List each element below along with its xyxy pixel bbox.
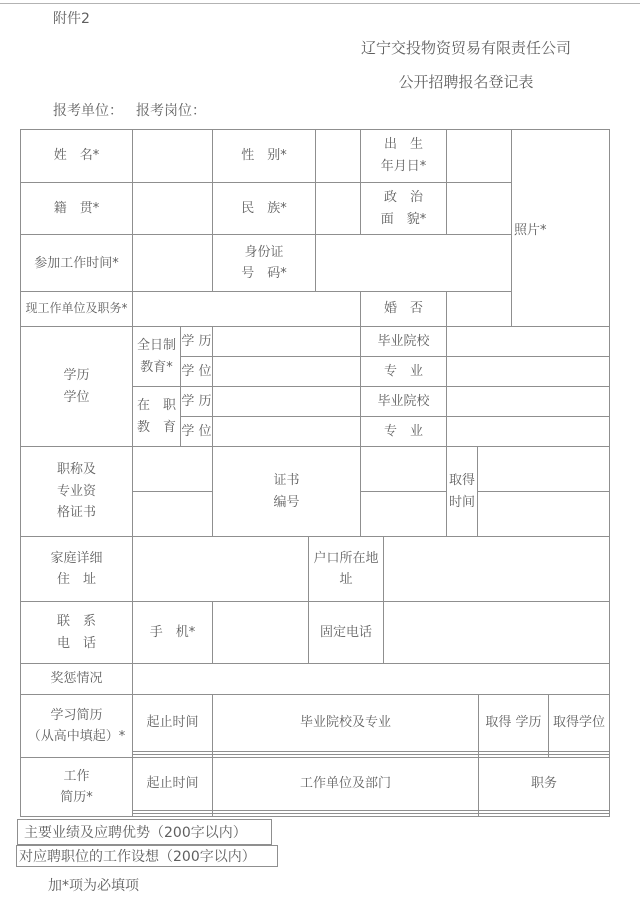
company-name: 辽宁交投物资贸易有限责任公司 [292,40,640,57]
birthdate-label: 出 生 年月日* [361,130,447,182]
landline-label: 固定电话 [309,602,384,663]
certificate-label: 职称及 专业资 格证书 [21,447,133,536]
major-value-cell [447,417,609,446]
marital-label: 婚 否 [361,292,447,326]
basic-info-left: 姓 名* 性 别* 出 生 年月日* 籍 贯* 民 族* 政 治 面 貌* 参加… [21,130,511,326]
name-label: 姓 名* [21,130,133,182]
collapsed-cell [133,752,213,754]
study-resume-header-row: 起止时间 毕业院校及专业 取得 学历 取得学位 [133,695,609,752]
table-row: 学 历 毕业院校 [181,387,609,417]
attachment-label: 附件2 [53,11,640,27]
school-major-label: 毕业院校及专业 [213,695,479,751]
id-number-value-cell [316,235,511,291]
collapsed-cell [133,814,213,816]
work-plan-box: 对应聘职位的工作设想（200字以内） [16,845,278,867]
document-header: 辽宁交投物资贸易有限责任公司 公开招聘报名登记表 [292,40,640,91]
study-resume-grid: 起止时间 毕业院校及专业 取得 学历 取得学位 [133,695,609,757]
major-label: 专 业 [361,417,447,446]
grad-school-label: 毕业院校 [361,387,447,416]
political-status-label: 政 治 面 貌* [361,183,447,235]
contact-section: 联 系 电 话 手 机* 固定电话 [21,602,609,664]
native-place-value-cell [133,183,213,235]
grad-school-label: 毕业院校 [361,327,447,356]
rewards-value-cell [133,664,609,694]
certificate-name-column [133,447,213,536]
study-resume-label: 学习简历 （从高中填起）* [21,695,133,757]
education-label: 学历 学位 [21,327,133,446]
collapsed-cell [213,752,479,754]
diploma-value-cell [213,417,361,446]
basic-info-section: 姓 名* 性 别* 出 生 年月日* 籍 贯* 民 族* 政 治 面 貌* 参加… [21,130,609,327]
diploma-label: 学 位 [181,357,213,386]
obtain-time-value-cell [478,447,609,492]
fulltime-subgrid: 学 历 毕业院校 学 位 专 业 [181,327,609,386]
collapsed-cell [479,752,549,754]
work-start-label: 参加工作时间* [21,235,133,291]
gender-value-cell [316,130,361,182]
work-resume-label: 工作 简历* [21,758,133,816]
obtain-time-value-cell [478,492,609,536]
table-row: 学 位 专 业 [181,417,609,446]
mobile-label: 手 机* [133,602,213,663]
diploma-label: 学 位 [181,417,213,446]
rewards-label: 奖惩情况 [21,664,133,694]
certificate-number-value-cell [361,492,446,536]
onjob-subgrid: 学 历 毕业院校 学 位 专 业 [181,387,609,446]
achievements-label: 主要业绩及应聘优势（200字以内） [24,822,247,842]
apply-unit-label: 报考单位： [53,103,123,119]
table-row: 参加工作时间* 身份证 号 码* [21,235,511,292]
home-address-label: 家庭详细 住 址 [21,537,133,601]
fulltime-education-rows: 全日制 教育* 学 历 毕业院校 学 位 专 业 [133,327,609,387]
political-status-value-cell [447,183,511,235]
certificate-number-value-cell [361,447,446,492]
form-title: 公开招聘报名登记表 [292,74,640,91]
duty-label: 职务 [479,758,609,810]
obtained-diploma-label: 取得学位 [549,695,609,751]
certificate-number-column [361,447,447,536]
obtain-time-column [478,447,609,536]
collapsed-cell [213,814,479,816]
gender-label: 性 别* [213,130,316,182]
id-number-label: 身份证 号 码* [213,235,316,291]
ethnicity-value-cell [316,183,361,235]
apply-post-label: 报考岗位： [136,103,206,119]
birthdate-value-cell [447,130,511,182]
degree-value-cell [213,387,361,416]
degree-label: 学 历 [181,387,213,416]
landline-value-cell [384,602,609,663]
work-start-value-cell [133,235,213,291]
work-resume-section: 工作 简历* 起止时间 工作单位及部门 职务 [21,758,609,816]
diploma-value-cell [213,357,361,386]
certificate-number-label: 证书 编号 [213,447,361,536]
collapsed-row [133,814,609,816]
table-row: 籍 贯* 民 族* 政 治 面 貌* [21,183,511,236]
study-resume-section: 学习简历 （从高中填起）* 起止时间 毕业院校及专业 取得 学历 取得学位 [21,695,609,758]
marital-value-cell [447,292,511,326]
obtained-degree-label: 取得 学历 [479,695,549,751]
collapsed-cell [213,811,479,813]
rewards-section: 奖惩情况 [21,664,609,695]
work-resume-header-row: 起止时间 工作单位及部门 职务 [133,758,609,811]
table-row: 现工作单位及职务* 婚 否 [21,292,511,326]
table-row: 姓 名* 性 别* 出 生 年月日* [21,130,511,183]
work-resume-grid: 起止时间 工作单位及部门 职务 [133,758,609,816]
grad-school-value-cell [447,387,609,416]
native-place-label: 籍 贯* [21,183,133,235]
collapsed-row [133,755,609,757]
collapsed-cell [133,811,213,813]
work-plan-label: 对应聘职位的工作设想（200字以内） [19,846,256,866]
grad-school-value-cell [447,327,609,356]
collapsed-cell [549,752,609,754]
major-value-cell [447,357,609,386]
certificate-name-value-cell [133,447,212,492]
period-label: 起止时间 [133,758,213,810]
collapsed-cell [479,811,609,813]
table-row: 学 历 毕业院校 [181,327,609,357]
degree-label: 学 历 [181,327,213,356]
top-divider [0,3,640,4]
degree-value-cell [213,327,361,356]
education-section: 学历 学位 全日制 教育* 学 历 毕业院校 学 位 专 业 [21,327,609,447]
collapsed-cell [479,755,549,757]
certificate-name-value-cell [133,492,212,536]
period-label: 起止时间 [133,695,213,751]
major-label: 专 业 [361,357,447,386]
mobile-value-cell [213,602,309,663]
hukou-address-label: 户口所在地 址 [309,537,384,601]
collapsed-cell [213,755,479,757]
registration-table: 姓 名* 性 别* 出 生 年月日* 籍 贯* 民 族* 政 治 面 貌* 参加… [20,129,610,817]
achievements-box: 主要业绩及应聘优势（200字以内） [17,819,272,845]
table-row: 学 位 专 业 [181,357,609,386]
ethnicity-label: 民 族* [213,183,316,235]
required-fields-note: 加*项为必填项 [48,875,640,895]
contact-label: 联 系 电 话 [21,602,133,663]
work-unit-dept-label: 工作单位及部门 [213,758,479,810]
name-value-cell [133,130,213,182]
employer-value-cell [133,292,361,326]
photo-cell: 照片* [511,130,609,326]
collapsed-cell [479,814,609,816]
apply-line: 报考单位：报考岗位： [53,103,640,119]
hukou-address-value-cell [384,537,609,601]
onjob-education-rows: 在 职 教 育 学 历 毕业院校 学 位 专 业 [133,387,609,446]
home-address-section: 家庭详细 住 址 户口所在地 址 [21,537,609,602]
home-address-value-cell [133,537,309,601]
employer-label: 现工作单位及职务* [21,292,133,326]
collapsed-cell [549,755,609,757]
fulltime-education-label: 全日制 教育* [133,327,181,386]
education-grid: 全日制 教育* 学 历 毕业院校 学 位 专 业 [133,327,609,446]
obtain-time-label: 取得 时间 [447,447,478,536]
onjob-education-label: 在 职 教 育 [133,387,181,446]
certificate-section: 职称及 专业资 格证书 证书 编号 取得 时间 [21,447,609,537]
collapsed-cell [133,755,213,757]
